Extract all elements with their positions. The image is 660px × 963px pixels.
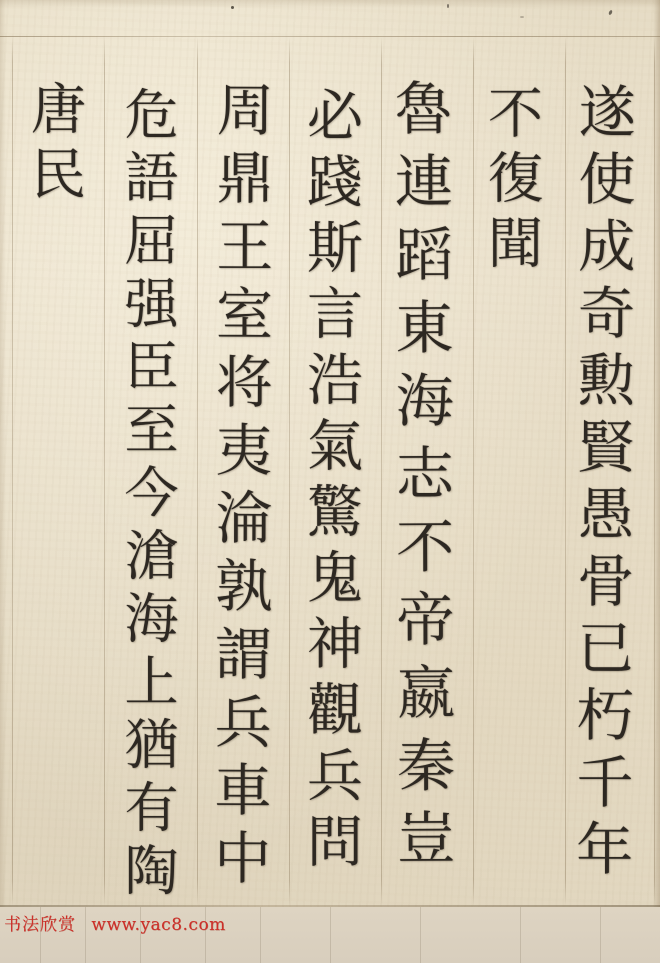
column-rule-line [381, 37, 382, 906]
paper-edge-left [0, 0, 6, 963]
column-rule-line [289, 37, 290, 906]
text-column-7: 唐民 [26, 80, 81, 210]
text-column-2: 不復聞 [483, 84, 538, 279]
fold-mark [330, 907, 331, 963]
column-rule-line [565, 37, 566, 906]
text-column-6: 危語屈强臣至今滄海上猶有陶 [120, 86, 174, 905]
fold-mark [260, 907, 261, 963]
column-rule-line [12, 37, 13, 906]
ink-speck [608, 10, 613, 16]
ink-speck [447, 4, 449, 8]
text-column-3: 魯連蹈東海志不帝嬴秦豈 [390, 78, 451, 881]
watermark: 书法欣赏 www.yac8.com [4, 910, 226, 935]
column-rule-line [197, 37, 198, 906]
watermark-site-name: 书法欣赏 [4, 915, 76, 935]
column-rule-line [473, 37, 474, 906]
ink-speck [231, 6, 234, 9]
top-rule-line [0, 36, 660, 37]
manuscript-page: 遂使成奇勲賢愚骨已朽千年 不復聞 魯連蹈東海志不帝嬴秦豈 必踐斯言浩氣驚鬼神觀兵… [0, 0, 660, 963]
column-rule-line [104, 37, 105, 906]
fold-mark [420, 907, 421, 963]
text-column-1: 遂使成奇勲賢愚骨已朽千年 [571, 82, 631, 886]
text-column-5: 周鼎王室将夷淪孰謂兵車中 [209, 80, 269, 896]
text-column-4: 必踐斯言浩氣驚鬼神觀兵問 [302, 86, 358, 878]
fold-mark [600, 907, 601, 963]
watermark-url: www.yac8.com [91, 915, 225, 935]
fold-mark [520, 907, 521, 963]
column-rule-line [654, 37, 655, 906]
ink-speck [520, 16, 524, 18]
paper-edge-top [0, 0, 660, 8]
